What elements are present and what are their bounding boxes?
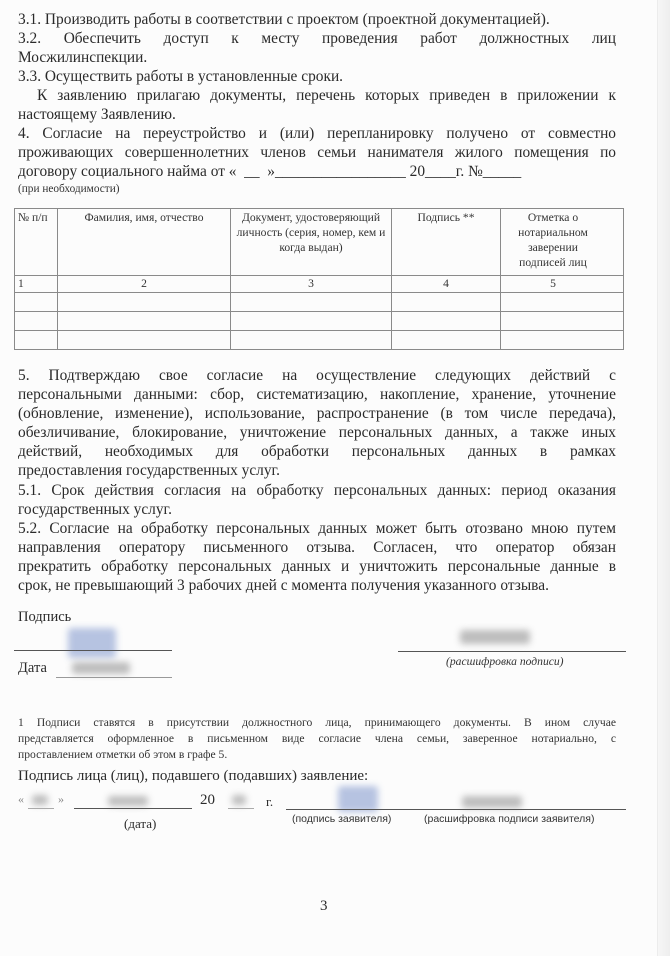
table-cell[interactable] <box>15 312 58 331</box>
clause-4-line-1: 4. Согласие на переустройство и (или) пе… <box>18 124 616 143</box>
header-signature: Подпись ** <box>392 209 501 276</box>
attachments-line-1: К заявлению прилагаю документы, перечень… <box>37 86 616 105</box>
applicant-decode-caption: (расшифровка подписи заявителя) <box>424 813 594 825</box>
clause-5-2-line-2: направления оператору письменного отзыва… <box>18 538 616 557</box>
signature-field[interactable] <box>14 650 172 651</box>
table-cell[interactable] <box>392 331 501 350</box>
table-cell[interactable] <box>231 312 392 331</box>
table-cell[interactable] <box>392 312 501 331</box>
date-field[interactable] <box>56 677 172 678</box>
clause-5-1-line-2: государственных услуг. <box>18 500 616 519</box>
table-cell[interactable] <box>392 293 501 312</box>
clause-4-note: (при необходимости) <box>18 180 616 199</box>
year-prefix: 20 <box>200 792 215 809</box>
page-number: 3 <box>320 898 328 915</box>
redacted-date <box>72 662 130 674</box>
table-cell[interactable] <box>501 293 624 312</box>
redacted-name <box>460 630 530 644</box>
redacted-signature <box>68 628 116 658</box>
clause-4-line-3: договору социального найма от « __ »____… <box>18 162 616 181</box>
day-open-quote: « <box>18 792 24 807</box>
year-field[interactable] <box>228 808 254 809</box>
clause-4-line-2: проживающих совершеннолетних членов семь… <box>18 143 616 162</box>
header-id-document: Документ, удостоверяющий личность (серия… <box>231 209 392 276</box>
header-notary-mark: Отметка о нотариальном заверении подписе… <box>501 209 624 276</box>
table-cell[interactable] <box>501 331 624 350</box>
redacted-year <box>232 795 246 805</box>
clause-5-2-line-1: 5.2. Согласие на обработку персональных … <box>18 519 616 538</box>
document-page: 3.1. Производить работы в соответствии с… <box>0 0 670 956</box>
consent-line-5: действий, необходимых для обработки перс… <box>18 442 616 461</box>
consent-line-3: (обновление, изменение), использование, … <box>18 404 616 423</box>
day-field[interactable] <box>28 808 54 809</box>
table-cell[interactable] <box>15 293 58 312</box>
footnote-line-2: представляется оформленное в письменном … <box>18 731 616 747</box>
applicant-signature-title: Подпись лица (лиц), подавшего (подавших)… <box>18 767 616 786</box>
redacted-month <box>108 796 148 806</box>
table-cell[interactable] <box>58 293 231 312</box>
signature-label: Подпись <box>18 609 71 626</box>
clause-3-2-line-2: Мосжилинспекции. <box>18 48 616 67</box>
consent-line-1: 5. Подтверждаю свое согласие на осуществ… <box>18 366 616 385</box>
clause-5-2-line-3: прекратить обработку персональных данных… <box>18 557 616 576</box>
year-suffix: г. <box>266 794 273 810</box>
day-close-quote: » <box>58 792 64 807</box>
signature-decode-caption: (расшифровка подписи) <box>446 655 564 668</box>
clause-3-3: 3.3. Осуществить работы в установленные … <box>18 67 616 86</box>
table-cell[interactable] <box>58 331 231 350</box>
column-number: 3 <box>231 276 392 293</box>
table-column-numbers-row: 1 2 3 4 5 <box>15 276 624 293</box>
consent-line-2: персональными данными: сбор, систематиза… <box>18 385 616 404</box>
footnote-line-3: проставлением отметки об этом в графе 5. <box>18 747 616 763</box>
applicant-signature-caption: (подпись заявителя) <box>292 813 391 825</box>
month-field[interactable] <box>74 808 192 809</box>
column-number: 4 <box>392 276 501 293</box>
family-consent-table: № п/п Фамилия, имя, отчество Документ, у… <box>14 208 624 350</box>
clause-3-2-line-1: 3.2. Обеспечить доступ к месту проведени… <box>18 29 616 48</box>
date-label: Дата <box>18 660 47 677</box>
clause-5-2-line-4: срок, не превышающий 3 рабочих дней с мо… <box>18 576 616 595</box>
header-number: № п/п <box>15 209 58 276</box>
column-number: 5 <box>501 276 624 293</box>
table-cell[interactable] <box>15 331 58 350</box>
footnote-line-1: 1 Подписи ставятся в присутствии должнос… <box>18 715 616 731</box>
consent-line-6: предоставления государственных услуг. <box>18 461 616 480</box>
table-cell[interactable] <box>231 331 392 350</box>
consent-line-4: обезличивание, блокирование, уничтожение… <box>18 423 616 442</box>
table-cell[interactable] <box>58 312 231 331</box>
table-cell[interactable] <box>501 312 624 331</box>
signature-decode-field[interactable] <box>398 651 626 652</box>
attachments-line-2: настоящему Заявлению. <box>18 105 616 124</box>
date-caption: (дата) <box>124 816 156 832</box>
column-number: 2 <box>58 276 231 293</box>
redacted-day <box>32 795 48 805</box>
clause-3-1: 3.1. Производить работы в соответствии с… <box>18 10 616 29</box>
table-row <box>15 331 624 350</box>
redacted-applicant-name <box>462 796 522 808</box>
table-row <box>15 312 624 331</box>
column-number: 1 <box>15 276 58 293</box>
table-row <box>15 293 624 312</box>
header-full-name: Фамилия, имя, отчество <box>58 209 231 276</box>
clause-5-1-line-1: 5.1. Срок действия согласия на обработку… <box>18 481 616 500</box>
applicant-signature-field[interactable] <box>286 809 626 810</box>
table-cell[interactable] <box>231 293 392 312</box>
table-header-row: № п/п Фамилия, имя, отчество Документ, у… <box>15 209 624 276</box>
paper-edge-shadow <box>657 0 670 956</box>
